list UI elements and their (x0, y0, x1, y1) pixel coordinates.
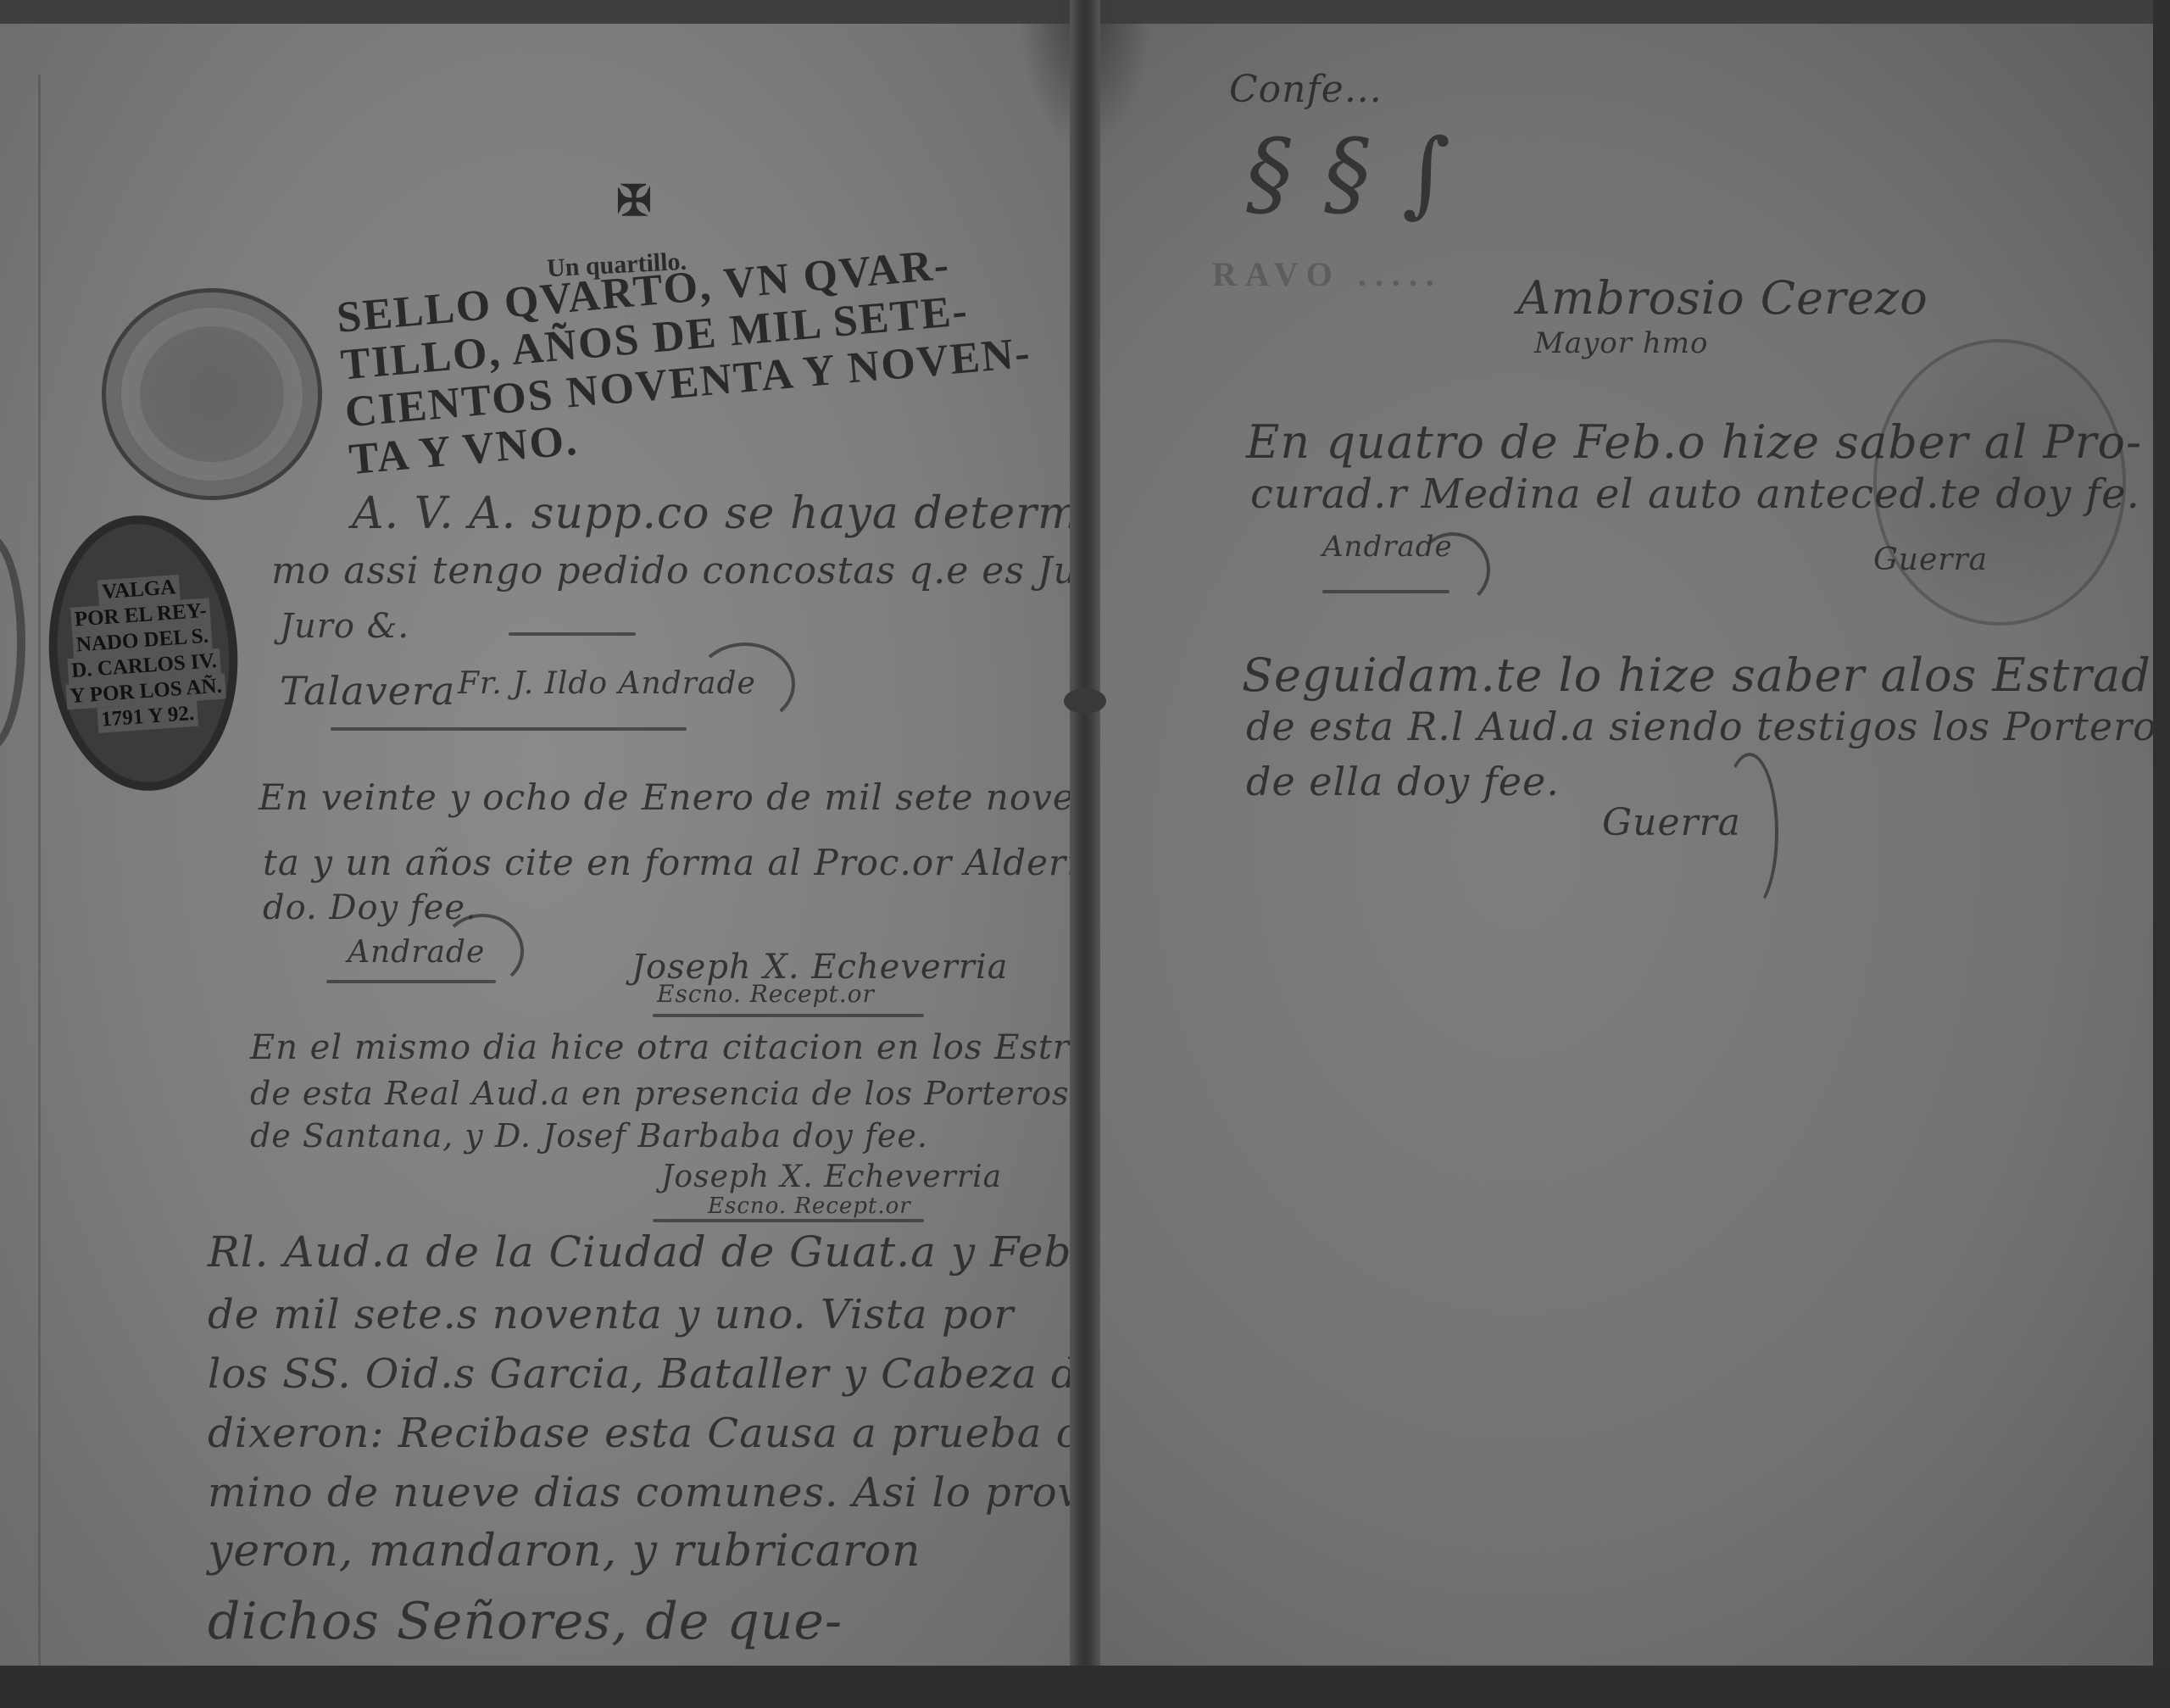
valga-oval-stamp: VALGA POR EL REY- NADO DEL S. D. CARLOS … (40, 509, 247, 798)
partial-stamp-edge (0, 532, 25, 753)
sello-header: SELLO QVARTO, VN QVAR- TILLO, AÑOS DE MI… (335, 235, 1038, 484)
auto-line: dixeron: Recibase esta Causa a prueba co… (208, 1410, 1075, 1457)
notification-line: de esta R.l Aud.a siendo testigos los Po… (1246, 704, 2153, 749)
auto-line: yeron, mandaron, y rubricaron (208, 1526, 921, 1577)
signature-title: Escno. Recept.or (708, 1193, 911, 1219)
rubric-flourish-icon (441, 914, 524, 988)
notification-line: curad.r Medina el auto anteced.te doy fe… (1250, 470, 2140, 518)
notification-line: Seguidam.te lo hize saber alos Estrados (1242, 648, 2153, 702)
cross-icon: ✠ (616, 176, 652, 225)
scanner-bottom-edge (0, 1666, 2170, 1708)
underline-stroke (653, 1219, 924, 1222)
rubric-flourish-icon (1721, 753, 1778, 912)
entry-line: En veinte y ocho de Enero de mil sete no… (259, 776, 1075, 818)
notification-line: de ella doy fee. (1246, 759, 1560, 804)
auto-line: los SS. Oid.s Garcia, Bataller y Cabeza … (208, 1350, 1075, 1398)
aside-signature: Guerra (1873, 542, 1988, 577)
binding-thread-knot (1064, 688, 1106, 714)
rubric-flourish-icon: § § ∫ (1246, 119, 1451, 227)
signature-title: Mayor hmo (1534, 326, 1708, 360)
right-page: Confe... § § ∫ RAVO ..... Ambrosio Cerez… (1093, 24, 2153, 1666)
underline-stroke (326, 980, 496, 983)
petition-line: Juro &. (280, 607, 409, 646)
left-page: ✠ Un quartillo. SELLO QVARTO, VN QVAR- T… (0, 24, 1075, 1666)
petition-line: A. V. A. supp.co se haya determinar (352, 488, 1075, 539)
signature-echeverria: Joseph X. Echeverria (661, 1160, 1002, 1194)
underline-stroke (1322, 590, 1449, 593)
rubric-flourish-icon (1416, 532, 1490, 607)
auto-line: dichos Señores, de que- (208, 1592, 843, 1651)
auto-line: mino de nueve dias comunes. Asi lo prove… (208, 1469, 1075, 1516)
scan-background: ✠ Un quartillo. SELLO QVARTO, VN QVAR- T… (0, 0, 2170, 1708)
faint-printed-text: RAVO ..... (1212, 254, 1443, 294)
entry-line: de Santana, y D. Josef Barbaba doy fee. (250, 1117, 928, 1154)
entry-line: En el mismo dia hice otra citacion en lo… (250, 1028, 1075, 1067)
notification-line: En quatro de Feb.o hize saber al Pro- (1246, 415, 2142, 469)
signature-talavera: Talavera (280, 668, 455, 714)
petition-line: mo assi tengo pedido concostas q.e es Ju… (271, 549, 1075, 593)
auto-line: Rl. Aud.a de la Ciudad de Guat.a y Febre… (208, 1227, 1075, 1277)
underline-stroke (331, 727, 687, 731)
scanner-right-edge (2153, 0, 2170, 1708)
signature-cerezo: Ambrosio Cerezo (1517, 271, 1928, 325)
entry-line: de esta Real Aud.a en presencia de los P… (250, 1075, 1075, 1112)
coat-of-arms-icon (140, 326, 284, 462)
margin-fold-line (38, 75, 41, 1666)
auto-line: de mil sete.s noventa y uno. Vista por (208, 1291, 1014, 1338)
book-gutter (1070, 0, 1100, 1666)
rubric-flourish-icon (695, 643, 795, 726)
entry-line: do. Doy fee. (263, 888, 477, 927)
underline-stroke (653, 1014, 924, 1017)
entry-line: ta y un años cite en forma al Proc.or Al… (263, 842, 1075, 883)
top-note: Confe... (1229, 68, 1383, 111)
royal-seal-stamp (102, 288, 322, 500)
underline-stroke (509, 632, 636, 636)
signature-title: Escno. Recept.or (657, 980, 875, 1008)
